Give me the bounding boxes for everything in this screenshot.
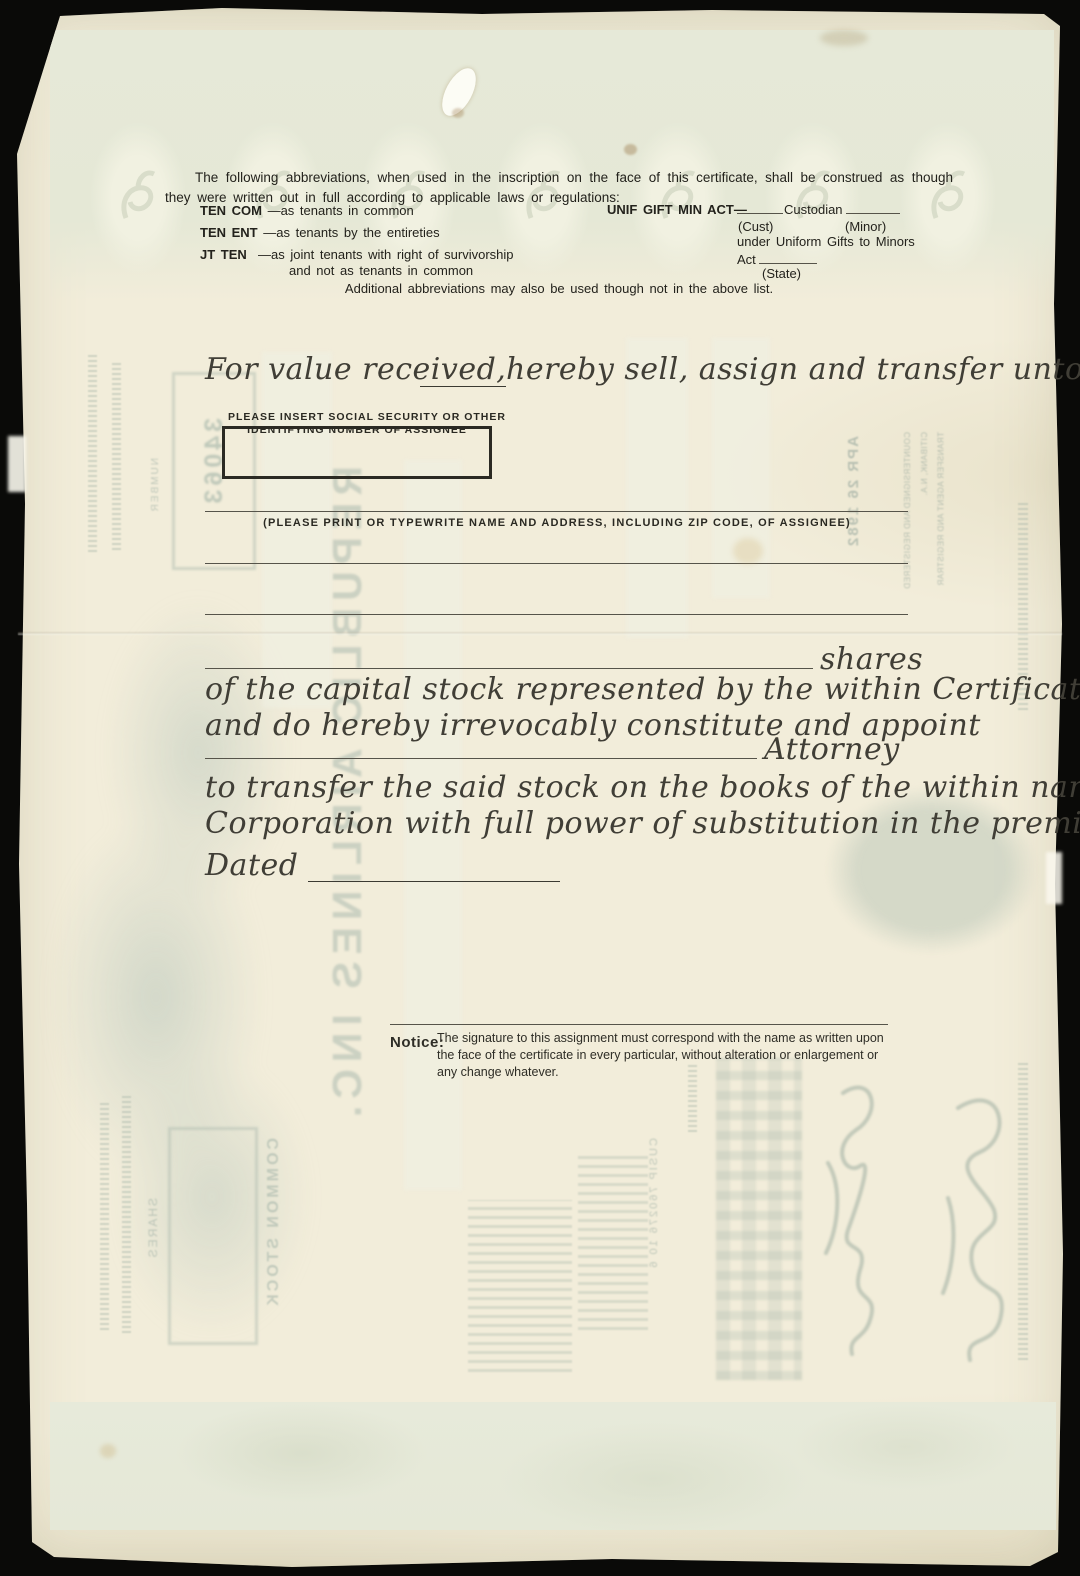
ghost-legend-text-block (468, 1200, 572, 1372)
ssn-entry-box (222, 426, 492, 479)
ghost-shares-label: SHARES (146, 1198, 160, 1288)
abbrev-term: JT TEN (200, 247, 247, 262)
ghost-text-bar (88, 352, 97, 552)
ghost-border-engraving (716, 1058, 802, 1380)
abbrev-term: TEN COM (200, 203, 262, 218)
ghost-common-stock-label: COMMON STOCK (265, 1138, 283, 1320)
ghost-text-bar (112, 360, 121, 550)
assignee-line-3 (205, 614, 908, 615)
abbrev-jt-ten-cont: and not as tenants in common (289, 263, 473, 278)
full-power-line: Corporation with full power of substitut… (205, 806, 1080, 841)
bird-icon (108, 156, 168, 236)
abbrev-jt-ten: JT TEN —as joint tenants with right of s… (200, 247, 514, 262)
abbrev-definition: —as joint tenants with right of survivor… (258, 247, 514, 262)
abbrev-term: TEN ENT (200, 225, 258, 240)
capital-stock-line: of the capital stock represented by the … (205, 672, 1080, 707)
abbrev-definition: —as tenants in common (268, 203, 414, 218)
attorney-blank-line (205, 758, 757, 759)
transfer-stock-line: to transfer the said stock on the books … (205, 770, 1080, 805)
dated-blank-line (308, 881, 560, 882)
brown-stain (624, 144, 637, 155)
ghost-text-bar (122, 1095, 131, 1333)
ghost-text-bar (100, 1100, 109, 1330)
abbrev-definition: —as tenants by the entireties (263, 225, 439, 240)
ghost-number-label: NUMBER (150, 458, 161, 548)
for-value-received: For value received, (205, 352, 506, 387)
hereby-sell-assign: hereby sell, assign and transfer unto (506, 352, 1080, 387)
ghost-strip (262, 352, 332, 708)
signature-line (390, 1024, 888, 1025)
blank-line (737, 213, 783, 214)
minor-caption: (Minor) (845, 219, 886, 234)
ghost-shares-box (168, 1127, 258, 1345)
ghost-bank-name: CITIBANK, N.A. (917, 432, 934, 592)
abbrev-ten-com: TEN COM —as tenants in common (200, 203, 414, 218)
ghost-date-stamp: APR 26 1982 (845, 436, 862, 584)
blank-line (759, 263, 817, 264)
blank-line (420, 386, 506, 387)
edge-tear (1046, 852, 1062, 904)
yellow-stain (100, 1444, 116, 1458)
bottom-watermark-band (50, 1402, 1056, 1530)
edge-tear (8, 436, 26, 492)
yellow-stain (733, 538, 763, 564)
ghost-countersignature-block: COUNTERSIGNED AND REGISTERED CITIBANK, N… (900, 432, 956, 592)
notice-text: The signature to this assignment must co… (437, 1030, 893, 1081)
act-label: Act (737, 252, 756, 267)
state-caption: (State) (762, 266, 801, 281)
additional-abbreviations-note: Additional abbreviations may also be use… (165, 281, 953, 296)
brown-stain (452, 108, 464, 118)
shares-blank-line (205, 668, 813, 669)
under-uniform-gifts: under Uniform Gifts to Minors (737, 234, 915, 249)
print-or-typewrite-instruction: (PLEASE PRINT OR TYPEWRITE NAME AND ADDR… (205, 517, 909, 529)
blank-line (846, 213, 900, 214)
ghost-cusip: CUSIP 760276 10 6 (648, 1138, 660, 1338)
notice-line2: the certificate in every particular, wit… (437, 1048, 878, 1079)
scanned-stock-certificate-back: { "abbreviations": { "intro": "The follo… (0, 0, 1080, 1576)
smudge-stain (820, 30, 868, 46)
abbrev-ten-ent: TEN ENT —as tenants by the entireties (200, 225, 440, 240)
ssn-label-line1: PLEASE INSERT SOCIAL SECURITY OR OTHER (228, 411, 486, 423)
assignee-line-2 (205, 563, 908, 564)
attorney-word: Attorney (764, 732, 900, 767)
ghost-registrar-line: TRANSFER AGENT AND REGISTRAR (934, 432, 951, 592)
assignee-line-1 (205, 511, 908, 512)
ghost-legend-text-block (578, 1150, 648, 1330)
ghost-officer-signatures (798, 1068, 1042, 1368)
unif-gift-label: UNIF GIFT MIN ACT— (607, 202, 747, 217)
fold-crease (18, 632, 1062, 635)
ghost-countersigned-line: COUNTERSIGNED AND REGISTERED (900, 432, 917, 592)
custodian-label: Custodian (784, 202, 843, 217)
cust-caption: (Cust) (738, 219, 773, 234)
dated-label: Dated (205, 848, 298, 883)
